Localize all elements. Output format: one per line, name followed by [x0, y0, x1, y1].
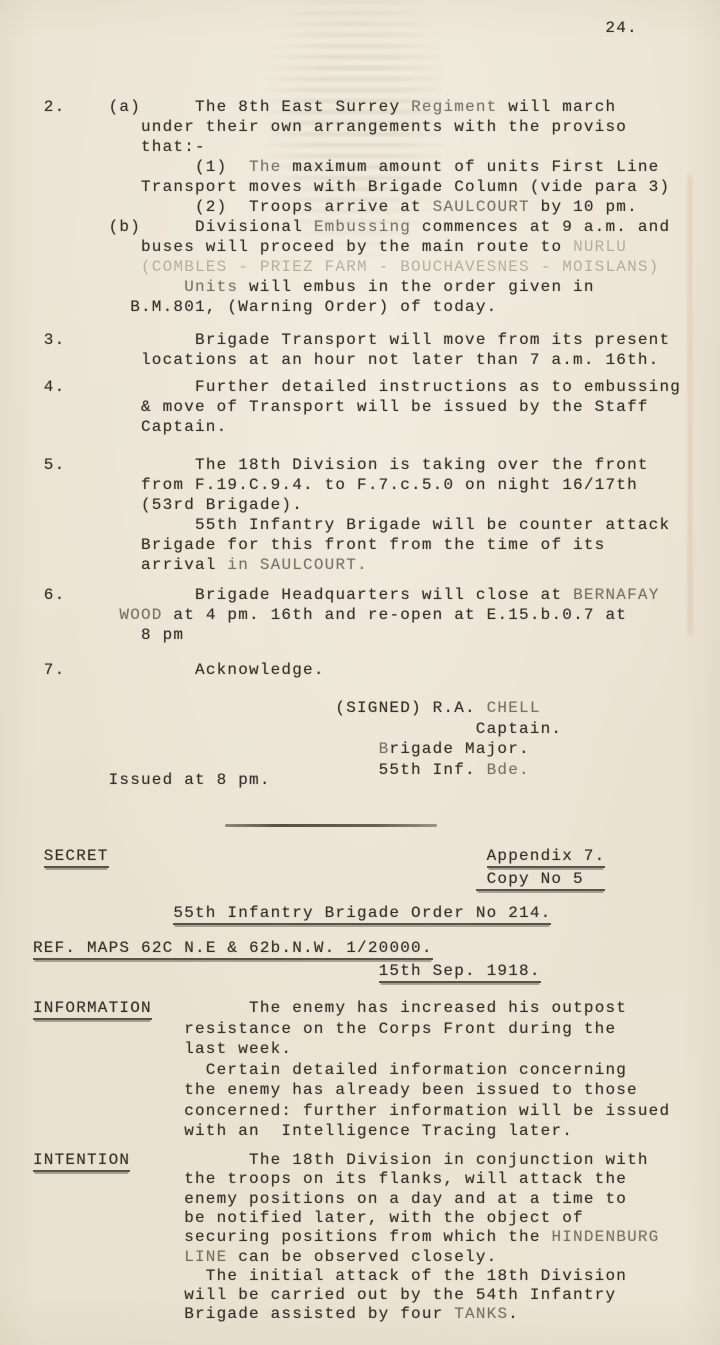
- text-segment: last week.: [184, 1040, 292, 1058]
- text-line: SECRET: [44, 846, 109, 866]
- text-segment: Brigade for this front from the time of …: [141, 536, 605, 554]
- text-segment: buses will proceed by the main route to: [141, 238, 573, 256]
- text-line: WOOD at 4 pm. 16th and re-open at E.15.b…: [119, 605, 627, 625]
- text-line: (b) Divisional Embussing commences at 9 …: [109, 217, 671, 237]
- text-line: 2. (a) The 8th East Surrey Regiment will…: [44, 97, 617, 117]
- text-segment: can be observed closely.: [227, 1248, 497, 1266]
- text-segment: 8 pm: [141, 626, 184, 644]
- text-segment: from F.19.C.9.4. to F.7.c.5.0 on night 1…: [141, 476, 638, 494]
- text-line: from F.19.C.9.4. to F.7.c.5.0 on night 1…: [141, 475, 638, 495]
- text-line: 3. Brigade Transport will move from its …: [44, 330, 671, 350]
- text-segment: Units: [184, 278, 238, 296]
- text-line: the enemy has already been issued to tho…: [184, 1080, 638, 1100]
- text-line: INFORMATION The enemy has increased his …: [33, 998, 627, 1018]
- text-segment: Certain detailed information concerning: [206, 1061, 627, 1079]
- text-segment: Embussing: [314, 218, 411, 236]
- text-segment: CHELL: [487, 699, 541, 717]
- text-line: Brigade assisted by four TANKS.: [184, 1304, 519, 1324]
- text-segment: that:-: [141, 138, 206, 156]
- text-segment: SAULCOURT: [433, 198, 530, 216]
- text-segment: maximum amount of units First Line: [281, 158, 659, 176]
- text-line: 15th Sep. 1918.: [379, 961, 541, 981]
- text-line: (SIGNED) R.A. CHELL: [335, 698, 540, 718]
- text-line: securing positions from which the HINDEN…: [184, 1227, 659, 1247]
- text-segment: (b) Divisional: [109, 218, 314, 236]
- text-segment: by 10 pm.: [530, 198, 638, 216]
- text-segment: in: [227, 556, 249, 574]
- text-segment: rigade Major.: [389, 740, 529, 758]
- text-line: 5. The 18th Division is taking over the …: [44, 455, 649, 475]
- text-segment: TANKS: [454, 1305, 508, 1323]
- text-line: under their own arrangements with the pr…: [141, 117, 627, 137]
- text-segment: 4. Further detailed instructions as to e…: [44, 378, 681, 396]
- text-segment: 2. (a) The 8th East Surrey: [44, 98, 411, 116]
- text-line: (53rd Brigade).: [141, 495, 303, 515]
- text-segment: Brigade assisted by four: [184, 1305, 454, 1323]
- text-segment: B.M.801, (Warning Order) of today.: [130, 298, 497, 316]
- text-segment: (COMBLES - PRIEZ FARM - BOUCHAVESNES - M…: [141, 258, 659, 276]
- text-line: be notified later, with the object of: [184, 1208, 584, 1228]
- text-segment: HINDENBURG: [551, 1228, 659, 1246]
- underlined-heading-text: Copy No 5: [476, 870, 606, 891]
- scan-edge-streak: [688, 175, 692, 635]
- text-line: Transport moves with Brigade Column (vid…: [141, 177, 670, 197]
- text-segment: concerned: further information will be i…: [184, 1102, 670, 1120]
- text-segment: 55th Infantry Brigade will be counter at…: [195, 516, 670, 534]
- text-segment: Captain.: [476, 720, 562, 738]
- text-segment: WOOD: [119, 606, 162, 624]
- text-segment: [249, 556, 260, 574]
- text-segment: SAULCOURT.: [260, 556, 368, 574]
- text-segment: will march: [497, 98, 616, 116]
- underlined-heading-text: INTENTION: [33, 1151, 130, 1172]
- text-segment: NURLU: [573, 238, 627, 256]
- text-segment: The: [249, 158, 281, 176]
- text-segment: with an Intelligence Tracing later.: [184, 1122, 573, 1140]
- text-line: INTENTION The 18th Division in conjuncti…: [33, 1150, 649, 1170]
- underlined-heading-text: INFORMATION: [33, 999, 152, 1020]
- text-segment: The initial attack of the 18th Division: [206, 1267, 627, 1285]
- text-segment: Captain.: [141, 418, 227, 436]
- text-segment: resistance on the Corps Front during the: [184, 1020, 616, 1038]
- text-segment: The enemy has increased his outpost: [152, 999, 627, 1017]
- text-line: concerned: further information will be i…: [184, 1101, 670, 1121]
- text-segment: (SIGNED) R.A.: [335, 699, 486, 717]
- text-segment: 55th Inf.: [379, 761, 487, 779]
- text-segment: will be carried out by the 54th Infantry: [184, 1286, 616, 1304]
- text-segment: securing positions from which the: [184, 1228, 551, 1246]
- text-line: Brigade Major.: [379, 739, 530, 759]
- text-line: 7. Acknowledge.: [44, 660, 325, 680]
- text-line: locations at an hour not later than 7 a.…: [141, 350, 659, 370]
- text-line: 6. Brigade Headquarters will close at BE…: [44, 585, 660, 605]
- text-segment: .: [508, 1305, 519, 1323]
- text-line: Captain.: [476, 719, 562, 739]
- text-segment: Transport moves with Brigade Column (vid…: [141, 178, 670, 196]
- text-line: Brigade for this front from the time of …: [141, 535, 605, 555]
- text-line: Certain detailed information concerning: [206, 1060, 627, 1080]
- text-line: that:-: [141, 137, 206, 157]
- text-line: Units will embus in the order given in: [184, 277, 594, 297]
- text-segment: the troops on its flanks, will attack th…: [184, 1170, 627, 1188]
- text-segment: the enemy has already been issued to tho…: [184, 1081, 638, 1099]
- text-segment: 24.: [605, 19, 637, 37]
- text-segment: B: [379, 740, 390, 758]
- text-segment: commences at 9 a.m. and: [411, 218, 670, 236]
- text-segment: 5. The 18th Division is taking over the …: [44, 456, 649, 474]
- underlined-heading-text: SECRET: [44, 847, 109, 868]
- text-line: arrival in SAULCOURT.: [141, 555, 368, 575]
- text-segment: LINE: [184, 1248, 227, 1266]
- text-line: (2) Troops arrive at SAULCOURT by 10 pm.: [195, 197, 638, 217]
- underlined-heading-text: 15th Sep. 1918.: [379, 962, 541, 983]
- text-line: LINE can be observed closely.: [184, 1247, 497, 1267]
- text-segment: at 4 pm. 16th and re-open at E.15.b.0.7 …: [163, 606, 627, 624]
- text-line: resistance on the Corps Front during the: [184, 1019, 616, 1039]
- text-segment: (1): [195, 158, 249, 176]
- typed-divider-line: [225, 824, 437, 827]
- underlined-heading-text: Appendix 7.: [487, 847, 606, 868]
- text-line: with an Intelligence Tracing later.: [184, 1121, 573, 1141]
- text-line: last week.: [184, 1039, 292, 1059]
- text-line: (1) The maximum amount of units First Li…: [195, 157, 659, 177]
- text-segment: (53rd Brigade).: [141, 496, 303, 514]
- text-segment: arrival: [141, 556, 227, 574]
- text-line: 24.: [605, 18, 637, 38]
- text-line: 55th Infantry Brigade will be counter at…: [195, 515, 670, 535]
- text-line: Appendix 7.: [487, 846, 606, 866]
- underlined-heading-text: 55th Infantry Brigade Order No 214.: [173, 904, 551, 925]
- scanned-document-page: 24.2. (a) The 8th East Surrey Regiment w…: [0, 0, 720, 1345]
- text-line: will be carried out by the 54th Infantry: [184, 1285, 616, 1305]
- text-line: 55th Inf. Bde.: [379, 760, 530, 780]
- text-segment: be notified later, with the object of: [184, 1209, 584, 1227]
- text-line: buses will proceed by the main route to …: [141, 237, 627, 257]
- text-segment: The 18th Division in conjunction with: [130, 1151, 648, 1169]
- text-line: 8 pm: [141, 625, 184, 645]
- text-segment: 3. Brigade Transport will move from its …: [44, 331, 671, 349]
- text-segment: BERNAFAY: [573, 586, 659, 604]
- text-line: The initial attack of the 18th Division: [206, 1266, 627, 1286]
- text-segment: 7. Acknowledge.: [44, 661, 325, 679]
- text-line: enemy positions on a day and at a time t…: [184, 1189, 627, 1209]
- text-line: the troops on its flanks, will attack th…: [184, 1169, 627, 1189]
- text-segment: locations at an hour not later than 7 a.…: [141, 351, 659, 369]
- text-line: 4. Further detailed instructions as to e…: [44, 377, 681, 397]
- text-segment: Regiment: [411, 98, 497, 116]
- text-segment: & move of Transport will be issued by th…: [141, 398, 649, 416]
- text-segment: Bde.: [487, 761, 530, 779]
- text-line: Issued at 8 pm.: [109, 770, 271, 790]
- text-segment: under their own arrangements with the pr…: [141, 118, 627, 136]
- text-line: (COMBLES - PRIEZ FARM - BOUCHAVESNES - M…: [141, 257, 659, 277]
- text-segment: enemy positions on a day and at a time t…: [184, 1190, 627, 1208]
- text-line: REF. MAPS 62C N.E & 62b.N.W. 1/20000.: [33, 938, 433, 958]
- text-segment: (2) Troops arrive at: [195, 198, 433, 216]
- text-segment: 6. Brigade Headquarters will close at: [44, 586, 573, 604]
- text-line: Copy No 5: [476, 869, 606, 889]
- text-segment: will embus in the order given in: [238, 278, 594, 296]
- text-segment: Issued at 8 pm.: [109, 771, 271, 789]
- text-line: B.M.801, (Warning Order) of today.: [130, 297, 497, 317]
- text-line: & move of Transport will be issued by th…: [141, 397, 649, 417]
- text-line: Captain.: [141, 417, 227, 437]
- text-line: 55th Infantry Brigade Order No 214.: [173, 903, 551, 923]
- underlined-heading-text: REF. MAPS 62C N.E & 62b.N.W. 1/20000.: [33, 939, 433, 960]
